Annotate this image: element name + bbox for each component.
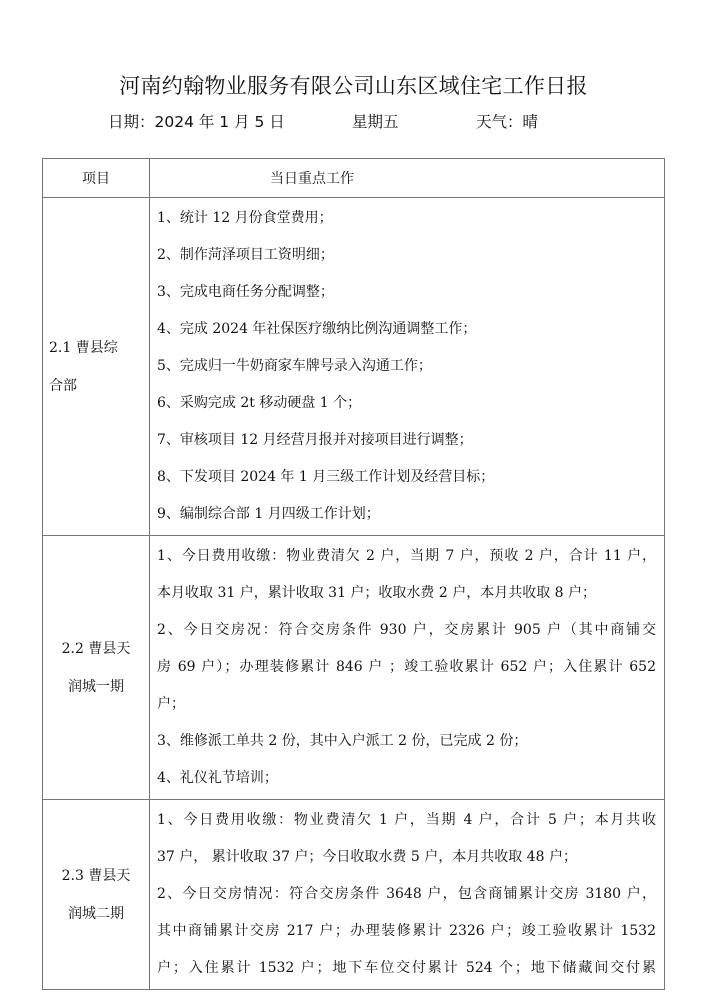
work-item: 1、今日费用收缴：物业费清欠 2 户，当期 7 户，预收 2 户，合计 11 户… xyxy=(157,538,656,575)
project-cell: 2.2 曹县天 润城一期 xyxy=(43,536,150,800)
work-item: 4、完成 2024 年社保医疗缴纳比例沟通调整工作； xyxy=(157,311,656,348)
work-item: 9、编制综合部 1 月四级工作计划； xyxy=(157,496,656,533)
table-header-row: 项目 当日重点工作 xyxy=(43,159,665,198)
work-item: 3、维修派工单共 2 份，其中入户派工 2 份，已完成 2 份； xyxy=(157,723,656,760)
work-item: 7、审核项目 12 月经营月报并对接项目进行调整； xyxy=(157,422,656,459)
work-item: 5、完成归一牛奶商家车牌号录入沟通工作； xyxy=(157,348,656,385)
project-name-line: 润城一期 xyxy=(49,668,143,706)
work-item: 户； xyxy=(157,686,656,723)
header-key-work: 当日重点工作 xyxy=(150,159,665,198)
project-name-line: 2.2 曹县天 xyxy=(49,630,143,668)
table-row: 2.2 曹县天 润城一期 1、今日费用收缴：物业费清欠 2 户，当期 7 户，预… xyxy=(43,536,665,800)
report-weather: 天气：晴 xyxy=(476,110,538,132)
daily-work-table: 项目 当日重点工作 2.1 曹县综 合部 1、统计 12 月份食堂费用； 2、制… xyxy=(42,158,665,990)
table-row: 2.3 曹县天 润城二期 1、今日费用收缴：物业费清欠 1 户，当期 4 户，合… xyxy=(43,800,665,990)
project-name-line: 润城二期 xyxy=(49,895,143,933)
report-weekday: 星期五 xyxy=(352,110,399,132)
work-item: 房 69 户）；办理装修累计 846 户 ；竣工验收累计 652 户；入住累计 … xyxy=(157,649,656,686)
header-project: 项目 xyxy=(43,159,150,198)
work-cell: 1、今日费用收缴：物业费清欠 1 户，当期 4 户，合计 5 户；本月共收 37… xyxy=(150,800,665,990)
work-item: 其中商铺累计交房 217 户；办理装修累计 2326 户；竣工验收累计 1532 xyxy=(157,913,656,950)
table-row: 2.1 曹县综 合部 1、统计 12 月份食堂费用； 2、制作菏泽项目工资明细；… xyxy=(43,198,665,536)
work-item: 1、今日费用收缴：物业费清欠 1 户，当期 4 户，合计 5 户；本月共收 xyxy=(157,802,656,839)
work-item: 37 户， 累计收取 37 户；今日收取水费 5 户，本月共收取 48 户； xyxy=(157,839,656,876)
work-cell: 1、统计 12 月份食堂费用； 2、制作菏泽项目工资明细； 3、完成电商任务分配… xyxy=(150,198,665,536)
project-cell: 2.3 曹县天 润城二期 xyxy=(43,800,150,990)
work-item: 1、统计 12 月份食堂费用； xyxy=(157,200,656,237)
project-name-line: 2.3 曹县天 xyxy=(49,857,143,895)
work-item: 3、完成电商任务分配调整； xyxy=(157,274,656,311)
project-cell: 2.1 曹县综 合部 xyxy=(43,198,150,536)
work-item: 4、礼仪礼节培训； xyxy=(157,760,656,797)
report-date: 日期：2024 年 1 月 5 日 xyxy=(108,110,285,132)
work-item: 8、下发项目 2024 年 1 月三级工作计划及经营目标； xyxy=(157,459,656,496)
work-item: 本月收取 31 户，累计收取 31 户；收取水费 2 户，本月共收取 8 户； xyxy=(157,575,656,612)
project-name-line: 2.1 曹县综 xyxy=(49,329,143,367)
work-item: 2、今日交房情况：符合交房条件 3648 户，包含商铺累计交房 3180 户， xyxy=(157,876,656,913)
work-item: 6、采购完成 2t 移动硬盘 1 个； xyxy=(157,385,656,422)
work-item: 2、今日交房况：符合交房条件 930 户，交房累计 905 户（其中商铺交 xyxy=(157,612,656,649)
project-name-line: 合部 xyxy=(49,367,143,405)
work-cell: 1、今日费用收缴：物业费清欠 2 户，当期 7 户，预收 2 户，合计 11 户… xyxy=(150,536,665,800)
work-item: 2、制作菏泽项目工资明细； xyxy=(157,237,656,274)
work-item: 户；入住累计 1532 户；地下车位交付累计 524 个；地下储藏间交付累 xyxy=(157,950,656,987)
report-title: 河南约翰物业服务有限公司山东区域住宅工作日报 xyxy=(0,70,707,100)
